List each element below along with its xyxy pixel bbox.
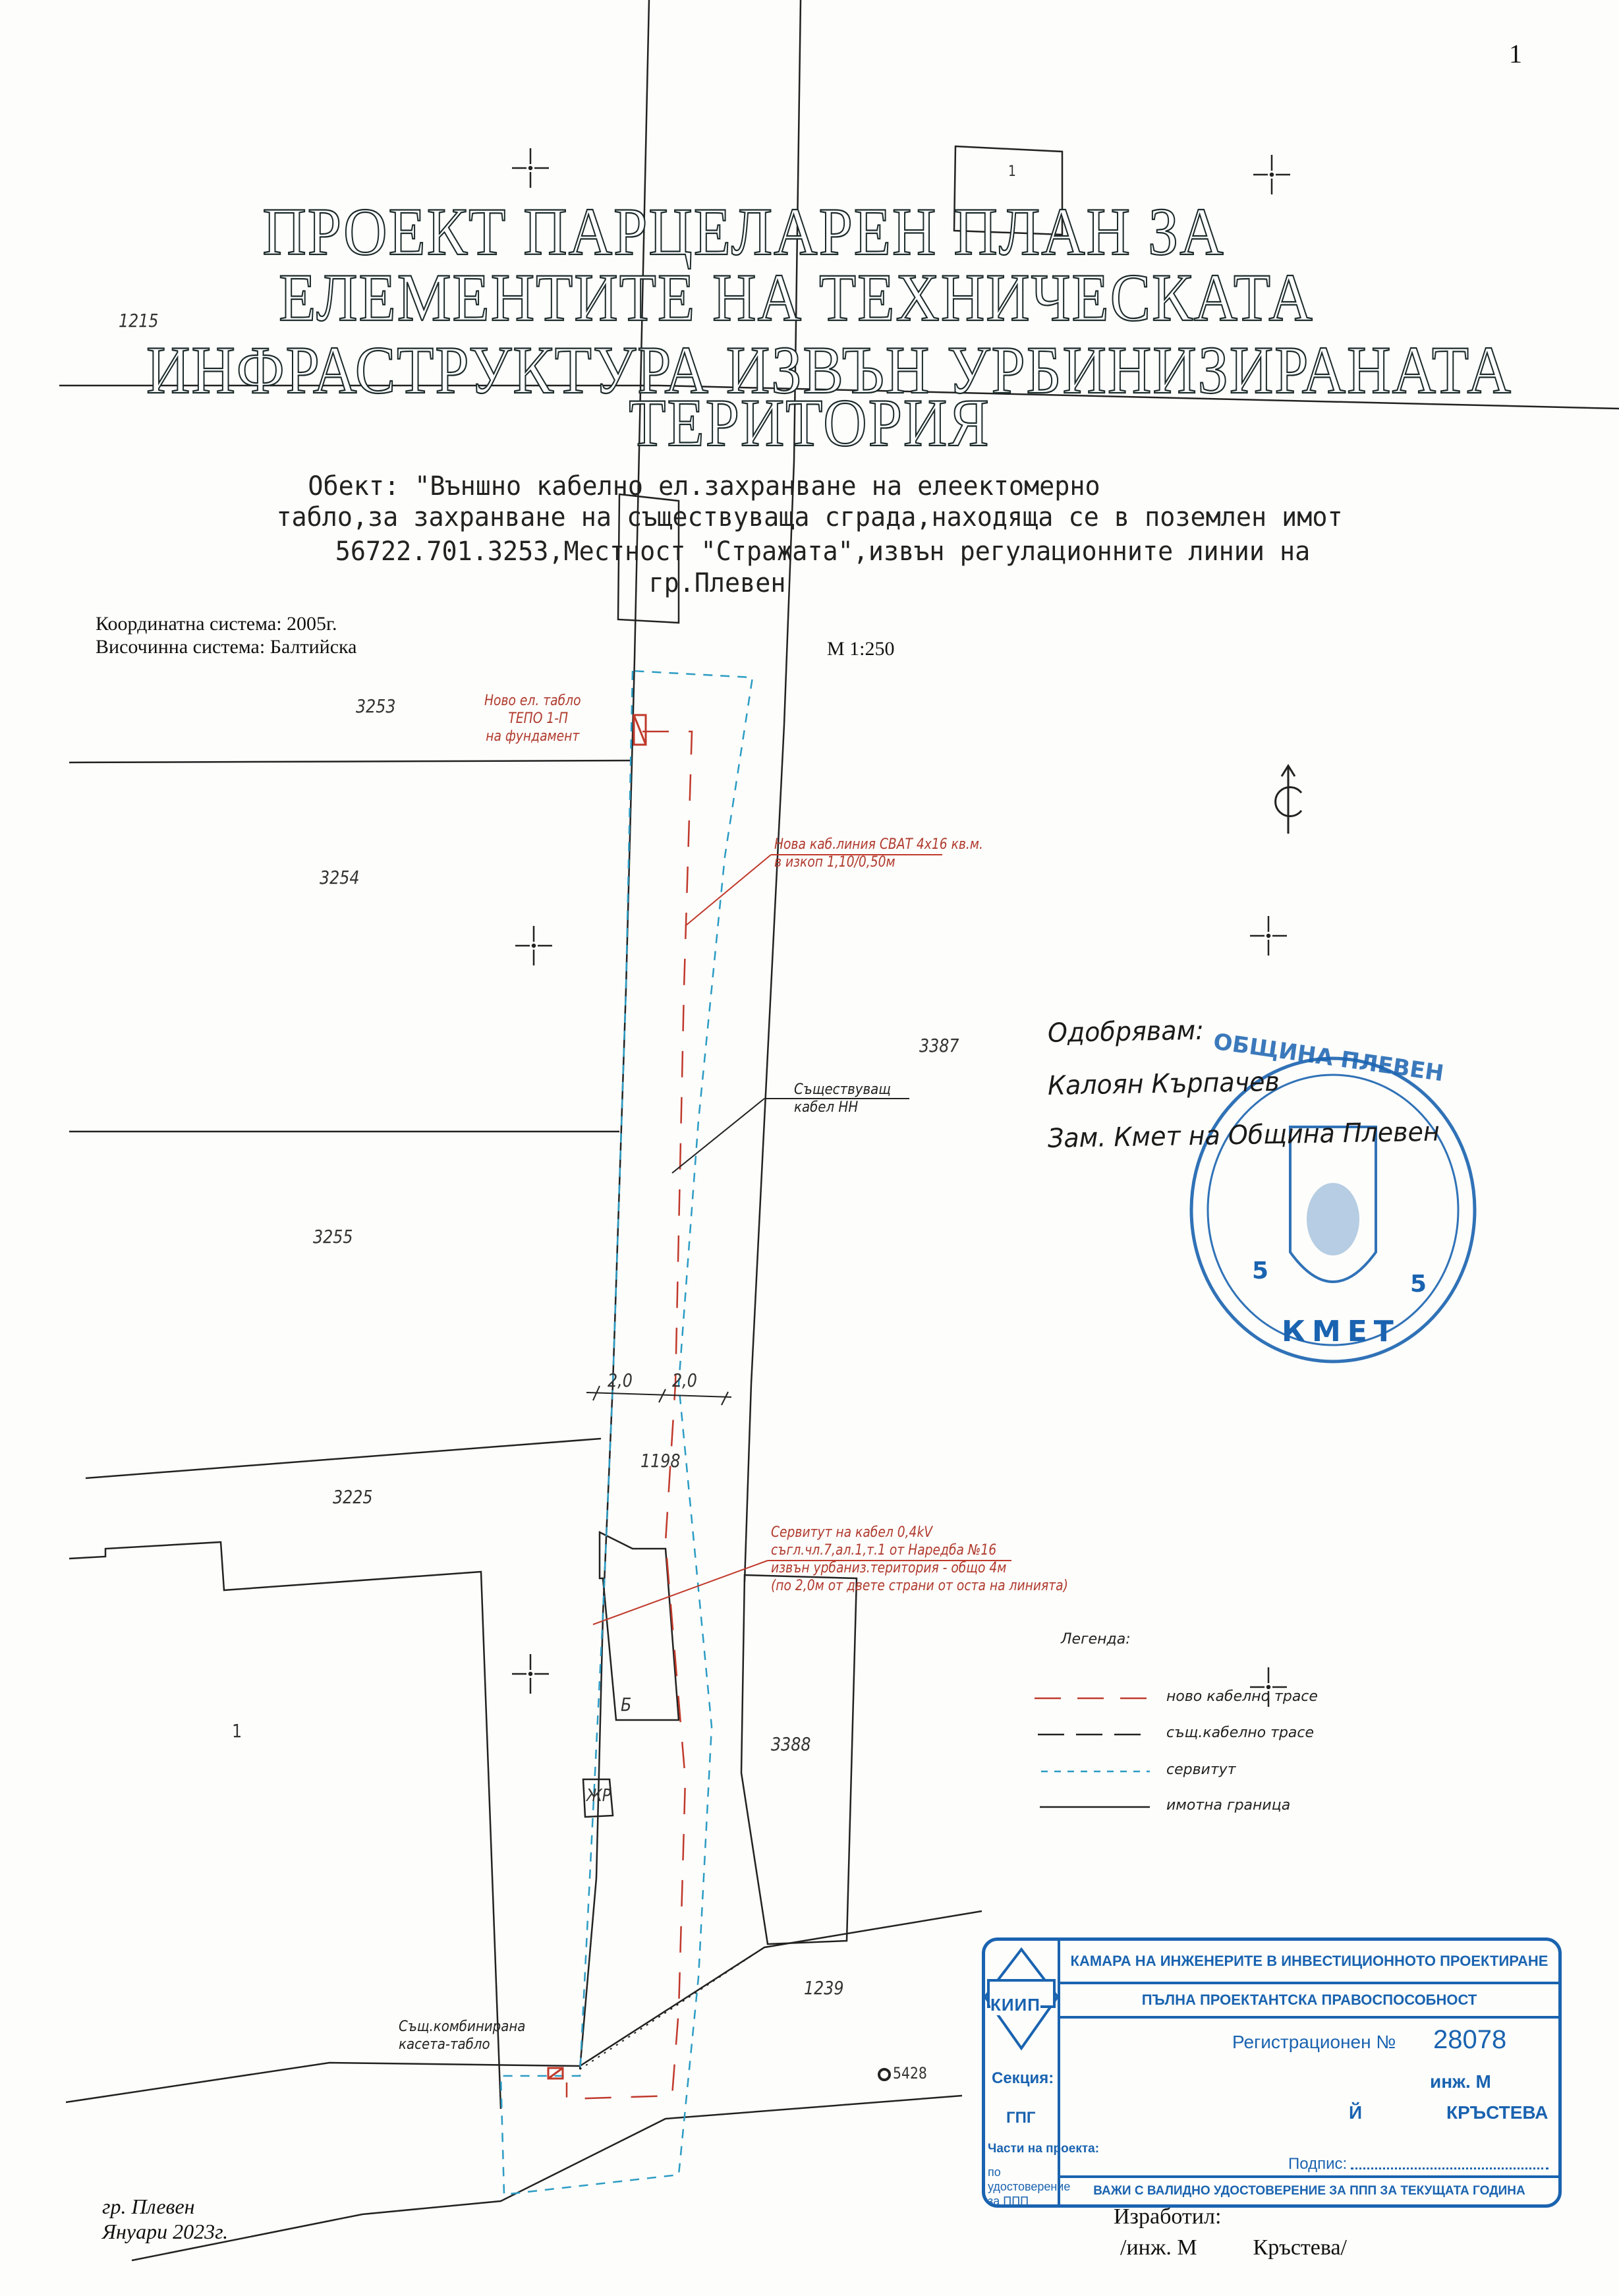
parcel-3388: 3388 bbox=[771, 1733, 811, 1755]
object-line-2: табло,за захранване на съществуваща сгра… bbox=[32, 501, 1587, 534]
height-system: Височинна система: Балтийска bbox=[96, 636, 356, 658]
parcel-3388-outline bbox=[741, 1575, 857, 1944]
leader-existing-cable bbox=[672, 1099, 764, 1173]
scale-label: М 1:250 bbox=[827, 638, 895, 660]
object-line-1: Обект: "Външно кабелно ел.захранване на … bbox=[0, 470, 1481, 503]
parcel-1239: 1239 bbox=[804, 1977, 844, 1999]
building-left-number: 1 bbox=[232, 1720, 242, 1742]
parcel-3255: 3255 bbox=[313, 1226, 353, 1248]
survey-point-5428 bbox=[879, 2069, 890, 2080]
legend-item-servitude: сервитут bbox=[1166, 1762, 1236, 1778]
servitude-left bbox=[501, 671, 753, 2195]
dimension-line bbox=[586, 1392, 731, 1397]
approval-line-1: Одобрявам: bbox=[1048, 1016, 1205, 1048]
kiip-logo: КИИП bbox=[990, 1995, 1040, 2015]
dimension-right: 2,0 bbox=[672, 1369, 697, 1391]
title-line-2: ЕЛЕМЕНТИТЕ НА ТЕХНИЧЕСКАТА bbox=[0, 264, 1606, 331]
engineer-stamp: КИИП Секция: ГПГ Части на проекта: по уд… bbox=[982, 1937, 1562, 2208]
section-value: ГПГ bbox=[1006, 2109, 1035, 2127]
leader-servitude bbox=[593, 1561, 768, 1624]
legend-item-new-cable: ново кабелно трасе bbox=[1166, 1688, 1318, 1705]
building-top-number: 1 bbox=[1008, 163, 1016, 180]
new-panel-annotation: Ново ел. табло ТЕПО 1-П на фундамент bbox=[484, 692, 581, 745]
legend-item-existing-cable: същ.кабелно трасе bbox=[1166, 1725, 1314, 1741]
engineer-surname: КРЪСТЕВА bbox=[1446, 2102, 1548, 2123]
stamp-footer: ВАЖИ С ВАЛИДНО УДОСТОВЕРЕНИЕ ЗА ППП ЗА Т… bbox=[1060, 2175, 1558, 2204]
road-lower-boundary bbox=[132, 2096, 962, 2260]
north-arrow-icon bbox=[1276, 766, 1301, 834]
existing-cable-annotation: Съществуващ кабел НН bbox=[794, 1081, 891, 1116]
new-cable-route bbox=[567, 732, 692, 2099]
reg-label: Регистрационен № bbox=[1232, 2032, 1396, 2053]
legend-title: Легенда: bbox=[1061, 1631, 1131, 1648]
parcel-3253: 3253 bbox=[356, 695, 396, 717]
building-b-label: Б bbox=[621, 1694, 631, 1715]
title-line-4: ТЕРИТОРИЯ bbox=[0, 389, 1619, 457]
parts-label: Части на проекта: bbox=[988, 2142, 1099, 2156]
dimension-left: 2,0 bbox=[608, 1369, 633, 1391]
engineer-name-line-1: инж. М bbox=[1430, 2071, 1491, 2092]
reg-number: 28078 bbox=[1433, 2025, 1506, 2055]
svg-text:5: 5 bbox=[1252, 1257, 1268, 1284]
parcel-3387: 3387 bbox=[919, 1035, 959, 1056]
existing-box-annotation: Същ.комбинирана касета-табло bbox=[399, 2018, 525, 2053]
parts-value: по удостоверение за ППП bbox=[988, 2165, 1055, 2208]
legend-item-property-boundary: имотна граница bbox=[1166, 1797, 1290, 1814]
signature-label: Подпис: bbox=[1288, 2155, 1347, 2173]
parcel-3225: 3225 bbox=[333, 1486, 373, 1508]
parcel-1215: 1215 bbox=[119, 310, 159, 331]
coordinate-system: Координатна система: 2005г. bbox=[96, 613, 337, 635]
parcel-3254: 3254 bbox=[320, 867, 360, 888]
made-by-name: /инж. М Кръстева/ bbox=[1120, 2235, 1347, 2260]
boundary-3255-3225 bbox=[86, 1439, 601, 1478]
engineer-name-initial: Й bbox=[1349, 2102, 1362, 2123]
page-number: 1 bbox=[1509, 38, 1522, 69]
point-5428-label: 5428 bbox=[893, 2064, 927, 2082]
servitude-annotation: Сервитут на кабел 0,4kV съгл.чл.7,ал.1,т… bbox=[771, 1524, 1068, 1595]
approval-signatory: Калоян Кърпачев bbox=[1048, 1067, 1280, 1101]
place-label: гр. Плевен bbox=[102, 2195, 195, 2218]
signature-line bbox=[1351, 2150, 1548, 2169]
object-line-4: гр.Плевен bbox=[0, 567, 1494, 600]
object-line-3: 56722.701.3253,Местност "Стражата",извън… bbox=[45, 535, 1600, 568]
stamp-header-1: КАМАРА НА ИНЖЕНЕРИТЕ В ИНВЕСТИЦИОННОТО П… bbox=[1060, 1941, 1558, 1984]
new-cable-annotation: Нова каб.линия СВАТ 4х16 кв.м. в изкоп 1… bbox=[774, 836, 983, 871]
date-label: Януари 2023г. bbox=[102, 2220, 228, 2243]
seal-bottom-text: КМЕТ bbox=[1282, 1315, 1400, 1348]
parcel-1198: 1198 bbox=[640, 1450, 681, 1472]
leader-new-cable bbox=[685, 855, 771, 926]
boundary-3253-3254 bbox=[69, 761, 633, 762]
road-bottom-boundary bbox=[66, 1911, 982, 2102]
svg-text:5: 5 bbox=[1410, 1271, 1427, 1298]
section-label: Секция: bbox=[992, 2069, 1054, 2088]
made-by-label: Изработил: bbox=[1114, 2204, 1221, 2229]
stamp-header-2: ПЪЛНА ПРОЕКТАНТСКА ПРАВОСПОСОБНОСТ bbox=[1060, 1984, 1558, 2019]
title-line-1: ПРОЕКТ ПАРЦЕЛАРЕН ПЛАН ЗА bbox=[0, 198, 1553, 266]
zhr-label: ЖР bbox=[586, 1786, 611, 1806]
